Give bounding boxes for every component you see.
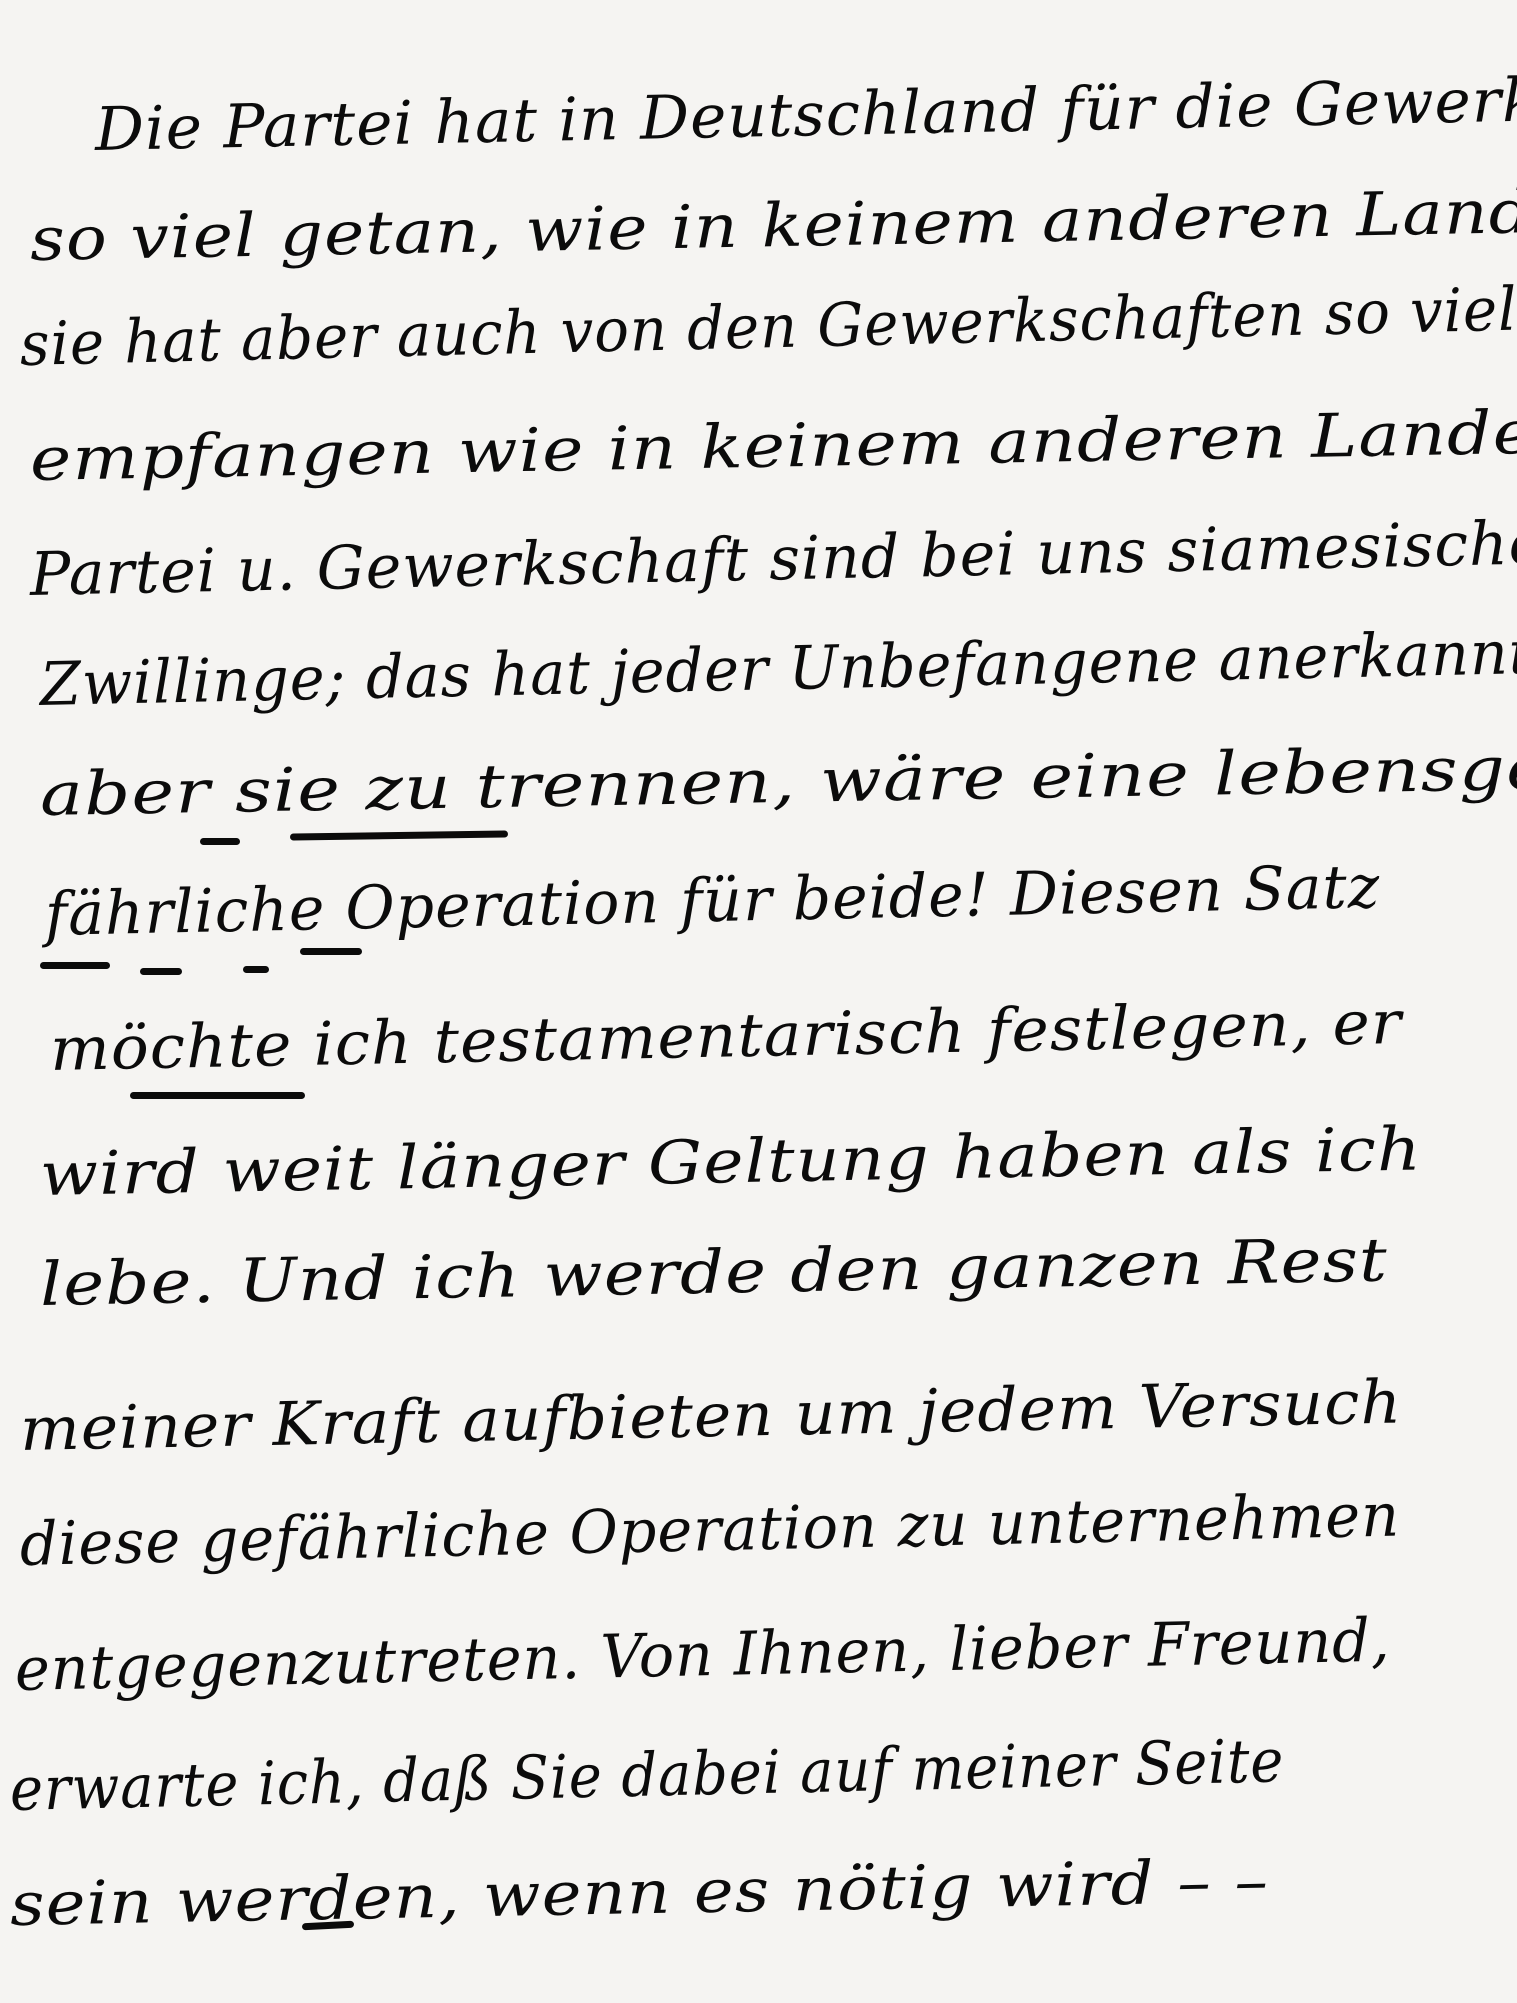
- letter-line-12: meiner Kraft aufbieten um jedem Versuch: [19, 1367, 1403, 1465]
- letter-line-8: fährliche Operation für beide! Diesen Sa…: [44, 852, 1381, 950]
- letter-line-3: sie hat aber auch von den Gewerkschaften…: [19, 275, 1517, 380]
- letter-line-11: lebe. Und ich werde den ganzen Rest: [39, 1225, 1389, 1320]
- letter-line-14: entgegenzutreten. Von Ihnen, lieber Freu…: [14, 1606, 1391, 1705]
- letter-line-6: Zwillinge; das hat jeder Unbefangene ane…: [39, 618, 1517, 720]
- underline-trennen: [200, 838, 240, 845]
- underline-fuer: [243, 966, 269, 973]
- underline-gefaehrliche: [40, 962, 110, 969]
- letter-page: Die Partei hat in Deutschland für die Ge…: [0, 0, 1517, 2003]
- letter-line-9: möchte ich testamentarisch festlegen, er: [49, 988, 1403, 1085]
- letter-line-10: wird weit länger Geltung haben als ich: [39, 1114, 1422, 1210]
- letter-line-4: empfangen wie in keinem anderen Lande.: [29, 397, 1517, 495]
- underline-operation: [140, 968, 182, 975]
- letter-line-1: Die Partei hat in Deutschland für die Ge…: [94, 60, 1517, 165]
- letter-line-16: sein werden, wenn es nötig wird – –: [9, 1846, 1270, 1940]
- underline-beide: [300, 948, 362, 955]
- letter-line-7: aber sie zu trennen, wäre eine lebensge-: [39, 733, 1517, 830]
- letter-line-5: Partei u. Gewerkschaft sind bei uns siam…: [29, 508, 1517, 610]
- letter-line-15: erwarte ich, daß Sie dabei auf meiner Se…: [9, 1726, 1285, 1825]
- letter-line-13: diese gefährliche Operation zu unternehm…: [19, 1481, 1400, 1580]
- underline-testamentarisch: [130, 1092, 305, 1099]
- letter-line-2: so viel getan, wie in keinem anderen Lan…: [29, 176, 1517, 275]
- underline-lebensge: [290, 830, 508, 840]
